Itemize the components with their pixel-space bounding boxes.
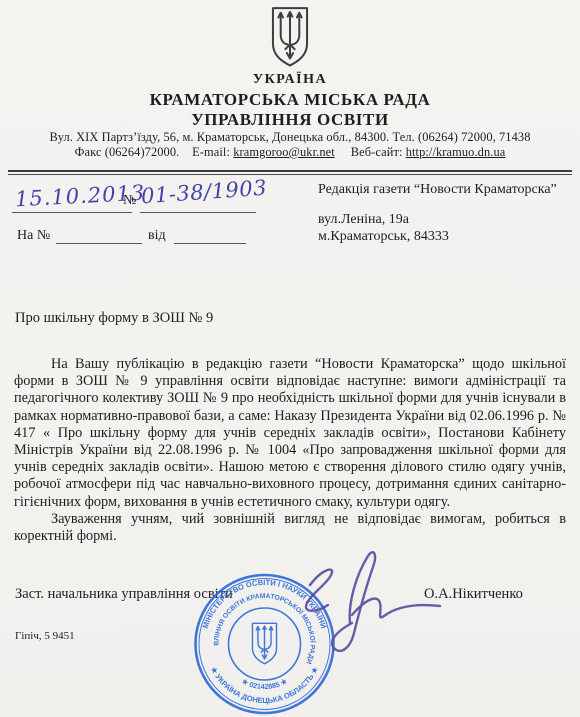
recipient-city: м.Краматорськ, 84333 <box>318 229 449 245</box>
subject-line: Про шкільну форму в ЗОШ № 9 <box>15 310 213 327</box>
letterhead-organization: КРАМАТОРСЬКА МІСЬКА РАДА <box>0 90 580 110</box>
stamp-tryzub-emblem <box>252 623 276 663</box>
handwritten-signature <box>292 543 457 658</box>
handwritten-outgoing-number: 01-38/1903 <box>140 176 267 209</box>
website-url: http://kramuo.dn.ua <box>406 145 506 159</box>
body-paragraph-2: Зауваження учням, чий зовнішній вигляд н… <box>14 511 566 545</box>
letter-body: На Вашу публікацію в редакцію газети “Но… <box>14 356 566 545</box>
tryzub-emblem <box>264 5 316 67</box>
date-underline <box>12 212 132 213</box>
reply-from-label: від <box>148 228 166 244</box>
stamp-code-text: ★ 02142885 ★ <box>239 676 289 691</box>
letterhead-address: Вул. XIX Партз’їзду, 56, м. Краматорськ,… <box>0 130 580 145</box>
scanned-letter-page: УКРАЇНА КРАМАТОРСЬКА МІСЬКА РАДА УПРАВЛІ… <box>0 0 580 717</box>
letterhead-contacts: Факс (06264)72000. E-mail: kramgoroo@ukr… <box>0 145 580 160</box>
reply-number-underline <box>56 243 142 244</box>
recipient-street: вул.Леніна, 19а <box>318 212 409 228</box>
letterhead-divider-rule <box>8 170 572 175</box>
reply-to-number-label: На № <box>17 228 50 244</box>
recipient-name: Редакція газети “Новости Краматорска” <box>318 182 557 198</box>
executor-note: Гіпіч, 5 9451 <box>15 630 75 642</box>
number-sign-label: № <box>123 193 136 209</box>
website-label: Веб-сайт: <box>351 145 403 159</box>
svg-text:★ 02142885 ★: ★ 02142885 ★ <box>239 676 289 691</box>
fax-label: Факс (06264)72000. <box>75 145 180 159</box>
body-paragraph-1: На Вашу публікацію в редакцію газети “Но… <box>14 356 566 511</box>
email-address: kramgoroo@ukr.net <box>233 145 335 159</box>
letterhead-country: УКРАЇНА <box>0 72 580 88</box>
number-underline <box>140 212 256 213</box>
email-label: E-mail: <box>192 145 230 159</box>
letterhead-department: УПРАВЛІННЯ ОСВІТИ <box>0 110 580 130</box>
reply-date-underline <box>174 243 246 244</box>
